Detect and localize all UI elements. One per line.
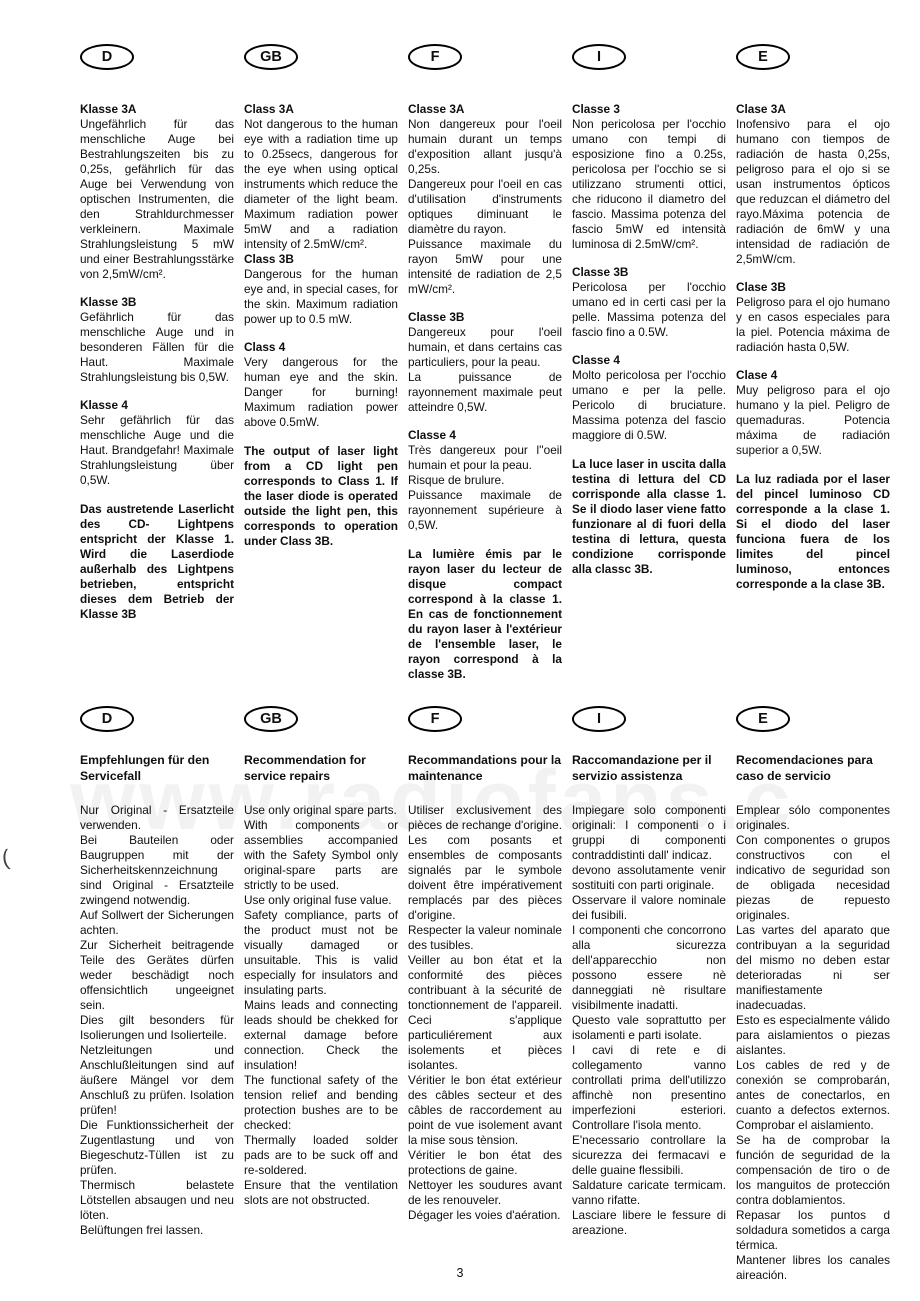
service-text: Impiegare solo componenti originali: I c… [572,803,726,1238]
badge-row: D [80,706,234,736]
class-3b-text: Dangereux pour l'oeil humain, et dans ce… [408,325,562,415]
service-title: Recommandations pour la maintenance [408,752,562,784]
class-3b-heading: Clase 3B [736,280,890,295]
language-badge-gb: GB [244,44,298,70]
class-3b-text: Dangerous for the human eye and, in spec… [244,267,398,327]
class-3a-text: Inofensivo para el ojo humano con tiempo… [736,117,890,267]
laser-note: La luce laser in uscita dalla testina di… [572,457,726,577]
laser-note: La lumière émis par le rayon laser du le… [408,547,562,682]
class-3-text: Non pericolosa per l'occhio umano con te… [572,117,726,252]
language-badge-i: I [572,44,626,70]
class-3a-text: Not dangerous to the human eye with a ra… [244,117,398,252]
class-3-heading: Classe 3 [572,102,726,117]
page-number: 3 [0,1266,920,1280]
column-laser-english: GB Class 3A Not dangerous to the human e… [244,44,398,682]
class-3b-heading: Classe 3B [408,310,562,325]
badge-row: I [572,44,726,74]
class-4-heading: Clase 4 [736,368,890,383]
laser-note: La luz radiada por el laser del pincel l… [736,472,890,592]
badge-row: E [736,44,890,74]
class-3a-text: Non dangereux pour l'oeil humain durant … [408,117,562,297]
laser-note: Das austretende Laserlicht des CD- Light… [80,502,234,622]
column-laser-german: D Klasse 3A Ungefährlich für das menschl… [80,44,234,682]
badge-row: GB [244,706,398,736]
service-text: Use only original spare parts. With comp… [244,803,398,1208]
badge-row: D [80,44,234,74]
class-4-heading: Class 4 [244,340,398,355]
class-3b-text: Gefährlich für das menschliche Auge und … [80,310,234,385]
class-3b-heading: Class 3B [244,252,398,267]
column-service-italian: I Raccomandazione per il servizio assist… [572,706,726,1283]
language-badge-gb: GB [244,706,298,732]
service-title: Recommendation for service repairs [244,752,398,784]
class-3a-heading: Class 3A [244,102,398,117]
service-text: Nur Original - Ersatzteile verwenden. Be… [80,803,234,1238]
column-laser-italian: I Classe 3 Non pericolosa per l'occhio u… [572,44,726,682]
language-badge-f: F [408,706,462,732]
badge-row: E [736,706,890,736]
class-4-heading: Klasse 4 [80,398,234,413]
language-badge-d: D [80,44,134,70]
language-badge-e: E [736,706,790,732]
column-service-spanish: E Recomendaciones para caso de servicio … [736,706,890,1283]
service-title: Empfehlungen für den Servicefall [80,752,234,784]
service-text: Emplear sólo componentes originales. Con… [736,803,890,1283]
language-badge-d: D [80,706,134,732]
service-title: Raccomandazione per il servizio assisten… [572,752,726,784]
language-badge-f: F [408,44,462,70]
class-4-text: Très dangereux pour l''oeil humain et po… [408,443,562,533]
laser-classes-section: D Klasse 3A Ungefährlich für das menschl… [80,44,890,682]
service-recommendations-section: D Empfehlungen für den Servicefall Nur O… [80,706,890,1283]
class-3b-text: Pericolosa per l'occhio umano ed in cert… [572,280,726,340]
language-badge-e: E [736,44,790,70]
class-3a-text: Ungefährlich für das menschliche Auge be… [80,117,234,282]
class-3b-heading: Classe 3B [572,265,726,280]
class-3a-heading: Klasse 3A [80,102,234,117]
badge-row: I [572,706,726,736]
laser-note: The output of laser light from a CD ligh… [244,444,398,549]
service-text: Utiliser exclusivement des pièces de rec… [408,803,562,1223]
class-4-heading: Classe 4 [572,353,726,368]
class-3a-heading: Classe 3A [408,102,562,117]
badge-row: GB [244,44,398,74]
badge-row: F [408,706,562,736]
column-laser-french: F Classe 3A Non dangereux pour l'oeil hu… [408,44,562,682]
class-4-text: Muy peligroso para el ojo humano y la pi… [736,383,890,458]
column-service-german: D Empfehlungen für den Servicefall Nur O… [80,706,234,1283]
class-3a-heading: Clase 3A [736,102,890,117]
class-4-text: Very dangerous for the human eye and the… [244,355,398,430]
scan-artifact-mark: ( [0,845,11,872]
class-4-text: Molto pericolosa per l'occhio umano e pe… [572,368,726,443]
language-badge-i: I [572,706,626,732]
column-service-english: GB Recommendation for service repairs Us… [244,706,398,1283]
service-title: Recomendaciones para caso de servicio [736,752,890,784]
class-3b-text: Peligroso para el ojo humano y en casos … [736,295,890,355]
badge-row: F [408,44,562,74]
column-laser-spanish: E Clase 3A Inofensivo para el ojo humano… [736,44,890,682]
class-4-text: Sehr gefährlich für das menschliche Auge… [80,413,234,488]
class-3b-heading: Klasse 3B [80,295,234,310]
class-4-heading: Classe 4 [408,428,562,443]
column-service-french: F Recommandations pour la maintenance Ut… [408,706,562,1283]
